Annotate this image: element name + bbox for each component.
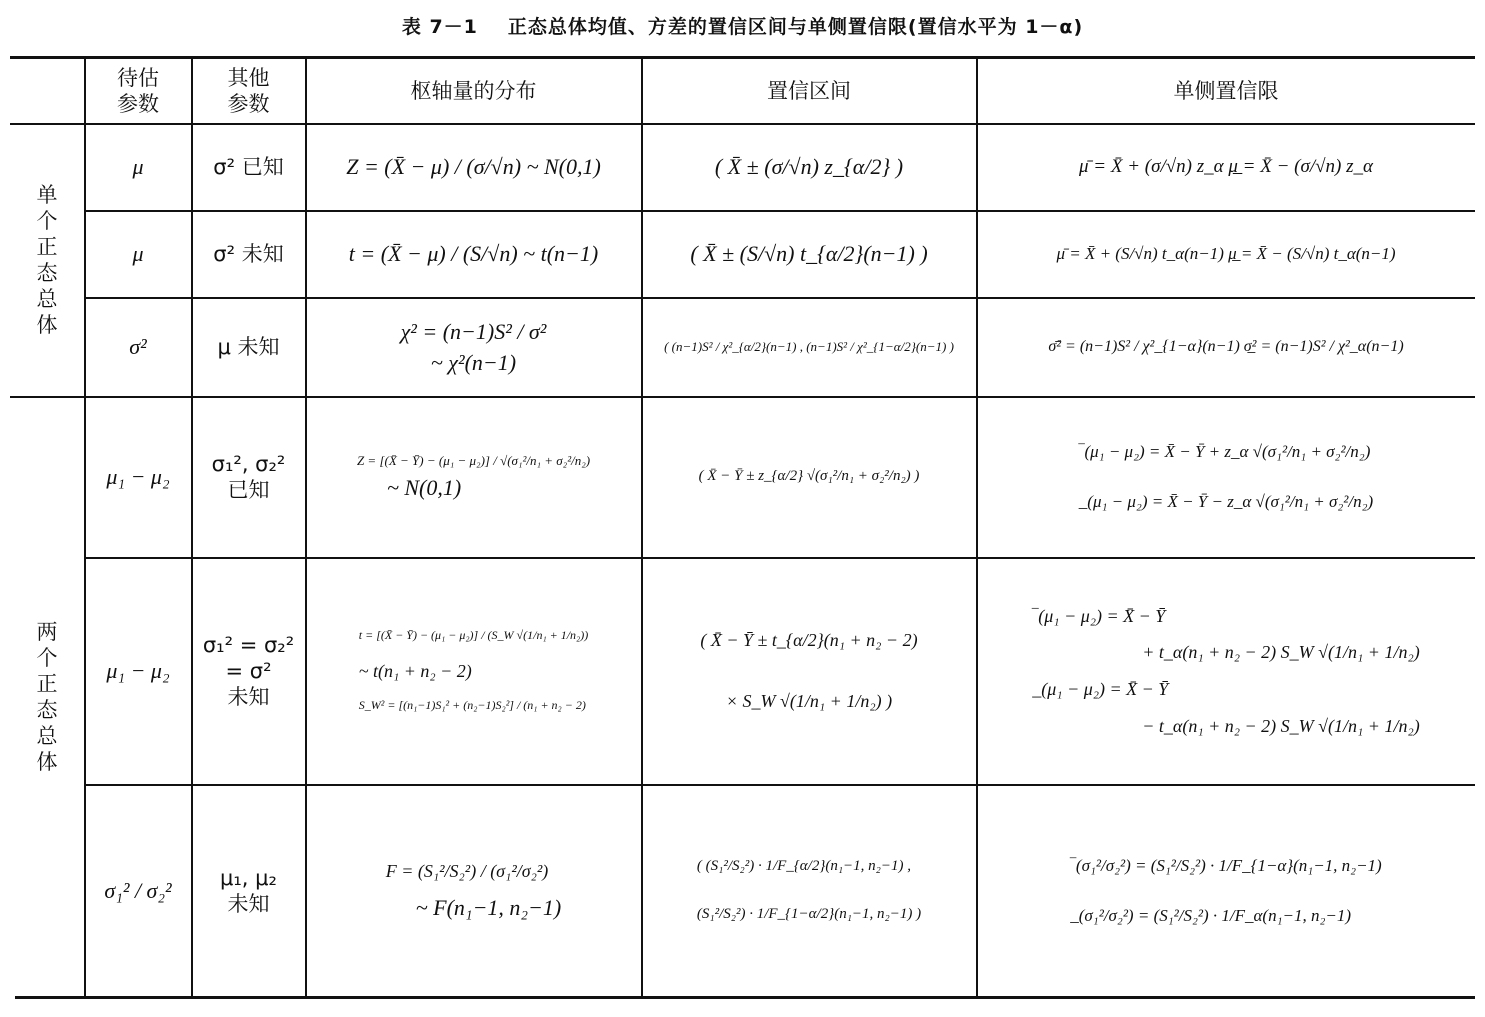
row5-interval: ( X̄ − Ȳ ± t_{α/2}(n₁ + n₂ − 2) × S_W √(… bbox=[642, 558, 976, 784]
row2-param: μ bbox=[85, 211, 191, 297]
formula: σ̄² = (n−1)S² / χ²_{1−α}(n−1) σ̲² = (n−1… bbox=[1048, 338, 1403, 356]
group-single-population: 单个正态总体 bbox=[10, 124, 84, 396]
table-number: 表 7－1 bbox=[402, 16, 478, 38]
formula: S_W² = [(n₁−1)S₁² + (n₂−1)S₂²] / (n₁ + n… bbox=[359, 699, 586, 713]
formula: _(σ₁²/σ₂²) = (S₁²/S₂²) · 1/F_α(n₁−1, n₂−… bbox=[1070, 906, 1351, 926]
row1-bound: μ̄ = X̄ + (σ/√n) z_α μ̲ = X̄ − (σ/√n) z_… bbox=[977, 124, 1475, 210]
formula: (S₁²/S₂²) · 1/F_{1−α/2}(n₁−1, n₂−1) ) bbox=[697, 906, 921, 923]
formula: − t_α(n₁ + n₂ − 2) S_W √(1/n₁ + 1/n₂) bbox=[1032, 716, 1419, 737]
formula: Z = [(X̄ − Ȳ) − (μ₁ − μ₂)] / √(σ₁²/n₁ + … bbox=[357, 454, 590, 469]
group-label: 单个正态总体 bbox=[35, 182, 59, 338]
row2-bound: μ̄ = X̄ + (S/√n) t_α(n−1) μ̲ = X̄ − (S/√… bbox=[977, 211, 1475, 297]
row4-interval: ( X̄ − Ȳ ± z_{α/2} √(σ₁²/n₁ + σ₂²/n₂) ) bbox=[642, 397, 976, 557]
table-caption: 表 7－1正态总体均值、方差的置信区间与单侧置信限(置信水平为 1－α) bbox=[0, 12, 1485, 39]
header-pivot: 枢轴量的分布 bbox=[306, 58, 641, 123]
bottom-rule bbox=[15, 996, 1475, 999]
row3-bound: σ̄² = (n−1)S² / χ²_{1−α}(n−1) σ̲² = (n−1… bbox=[977, 298, 1475, 396]
row1-other: σ² 已知 bbox=[192, 124, 305, 210]
row1-param: μ bbox=[85, 124, 191, 210]
row2-other: σ² 未知 bbox=[192, 211, 305, 297]
formula: × S_W √(1/n₁ + 1/n₂) ) bbox=[726, 691, 892, 712]
row3-other: μ 未知 bbox=[192, 298, 305, 396]
formula: ( (n−1)S² / χ²_{α/2}(n−1) , (n−1)S² / χ²… bbox=[664, 340, 954, 355]
formula: ~ χ²(n−1) bbox=[431, 350, 516, 375]
formula: ( X̄ − Ȳ ± z_{α/2} √(σ₁²/n₁ + σ₂²/n₂) ) bbox=[699, 468, 920, 485]
row2-interval: ( X̄ ± (S/√n) t_{α/2}(n−1) ) bbox=[642, 211, 976, 297]
row2-pivot: t = (X̄ − μ) / (S/√n) ~ t(n−1) bbox=[306, 211, 641, 297]
formula: ~ N(0,1) bbox=[357, 475, 461, 500]
formula: ( X̄ ± (σ/√n) z_{α/2} ) bbox=[715, 154, 903, 179]
table-title: 正态总体均值、方差的置信区间与单侧置信限(置信水平为 1－α) bbox=[508, 16, 1083, 38]
formula: _(μ₁ − μ₂) = X̄ − Ȳ − z_α √(σ₁²/n₁ + σ₂²… bbox=[1079, 492, 1373, 512]
row5-other: σ₁² = σ₂² = σ² 未知 bbox=[192, 558, 305, 784]
row3-param: σ² bbox=[85, 298, 191, 396]
row4-other: σ₁², σ₂² 已知 bbox=[192, 397, 305, 557]
formula: μ̄ = X̄ + (σ/√n) z_α μ̲ = X̄ − (σ/√n) z_… bbox=[1079, 156, 1373, 178]
row1-interval: ( X̄ ± (σ/√n) z_{α/2} ) bbox=[642, 124, 976, 210]
row6-bound: ‾(σ₁²/σ₂²) = (S₁²/S₂²) · 1/F_{1−α}(n₁−1,… bbox=[977, 785, 1475, 996]
formula: ( (S₁²/S₂²) · 1/F_{α/2}(n₁−1, n₂−1) , bbox=[697, 858, 911, 875]
row3-interval: ( (n−1)S² / χ²_{α/2}(n−1) , (n−1)S² / χ²… bbox=[642, 298, 976, 396]
row6-interval: ( (S₁²/S₂²) · 1/F_{α/2}(n₁−1, n₂−1) , (S… bbox=[642, 785, 976, 996]
group-two-populations: 两个正态总体 bbox=[10, 397, 84, 997]
header-other: 其他 参数 bbox=[192, 58, 305, 123]
row4-param: μ₁ − μ₂ bbox=[85, 397, 191, 557]
row6-pivot: F = (S₁²/S₂²) / (σ₁²/σ₂²) ~ F(n₁−1, n₂−1… bbox=[306, 785, 641, 996]
formula: ~ t(n₁ + n₂ − 2) bbox=[359, 661, 472, 682]
row4-pivot: Z = [(X̄ − Ȳ) − (μ₁ − μ₂)] / √(σ₁²/n₁ + … bbox=[306, 397, 641, 557]
formula: Z = (X̄ − μ) / (σ/√n) ~ N(0,1) bbox=[346, 154, 601, 179]
formula: t = (X̄ − μ) / (S/√n) ~ t(n−1) bbox=[349, 241, 598, 266]
header-bound: 单侧置信限 bbox=[977, 58, 1475, 123]
formula: ‾(μ₁ − μ₂) = X̄ − Ȳ + z_α √(σ₁²/n₁ + σ₂²… bbox=[1079, 442, 1371, 462]
header-interval: 置信区间 bbox=[642, 58, 976, 123]
formula: ‾(σ₁²/σ₂²) = (S₁²/S₂²) · 1/F_{1−α}(n₁−1,… bbox=[1070, 856, 1381, 876]
row5-bound: ‾(μ₁ − μ₂) = X̄ − Ȳ + t_α(n₁ + n₂ − 2) S… bbox=[977, 558, 1475, 784]
row3-pivot: χ² = (n−1)S² / σ² ~ χ²(n−1) bbox=[306, 298, 641, 396]
group-label: 两个正态总体 bbox=[35, 619, 59, 775]
header-param: 待估 参数 bbox=[85, 58, 191, 123]
formula: ( X̄ ± (S/√n) t_{α/2}(n−1) ) bbox=[690, 241, 927, 266]
formula: + t_α(n₁ + n₂ − 2) S_W √(1/n₁ + 1/n₂) bbox=[1032, 642, 1419, 663]
formula: χ² = (n−1)S² / σ² bbox=[401, 319, 547, 344]
formula: ( X̄ − Ȳ ± t_{α/2}(n₁ + n₂ − 2) bbox=[700, 630, 917, 651]
row6-param: σ₁² / σ₂² bbox=[85, 785, 191, 996]
formula: ‾(μ₁ − μ₂) = X̄ − Ȳ bbox=[1032, 606, 1165, 627]
row6-other: μ₁, μ₂ 未知 bbox=[192, 785, 305, 996]
row1-pivot: Z = (X̄ − μ) / (σ/√n) ~ N(0,1) bbox=[306, 124, 641, 210]
formula: μ̄ = X̄ + (S/√n) t_α(n−1) μ̲ = X̄ − (S/√… bbox=[1056, 244, 1395, 264]
formula: _(μ₁ − μ₂) = X̄ − Ȳ bbox=[1032, 679, 1168, 700]
row4-bound: ‾(μ₁ − μ₂) = X̄ − Ȳ + z_α √(σ₁²/n₁ + σ₂²… bbox=[977, 397, 1475, 557]
formula: F = (S₁²/S₂²) / (σ₁²/σ₂²) bbox=[386, 861, 549, 882]
row5-param: μ₁ − μ₂ bbox=[85, 558, 191, 784]
formula: ~ F(n₁−1, n₂−1) bbox=[386, 895, 561, 920]
row5-pivot: t = [(X̄ − Ȳ) − (μ₁ − μ₂)] / (S_W √(1/n₁… bbox=[306, 558, 641, 784]
formula: t = [(X̄ − Ȳ) − (μ₁ − μ₂)] / (S_W √(1/n₁… bbox=[359, 629, 588, 643]
